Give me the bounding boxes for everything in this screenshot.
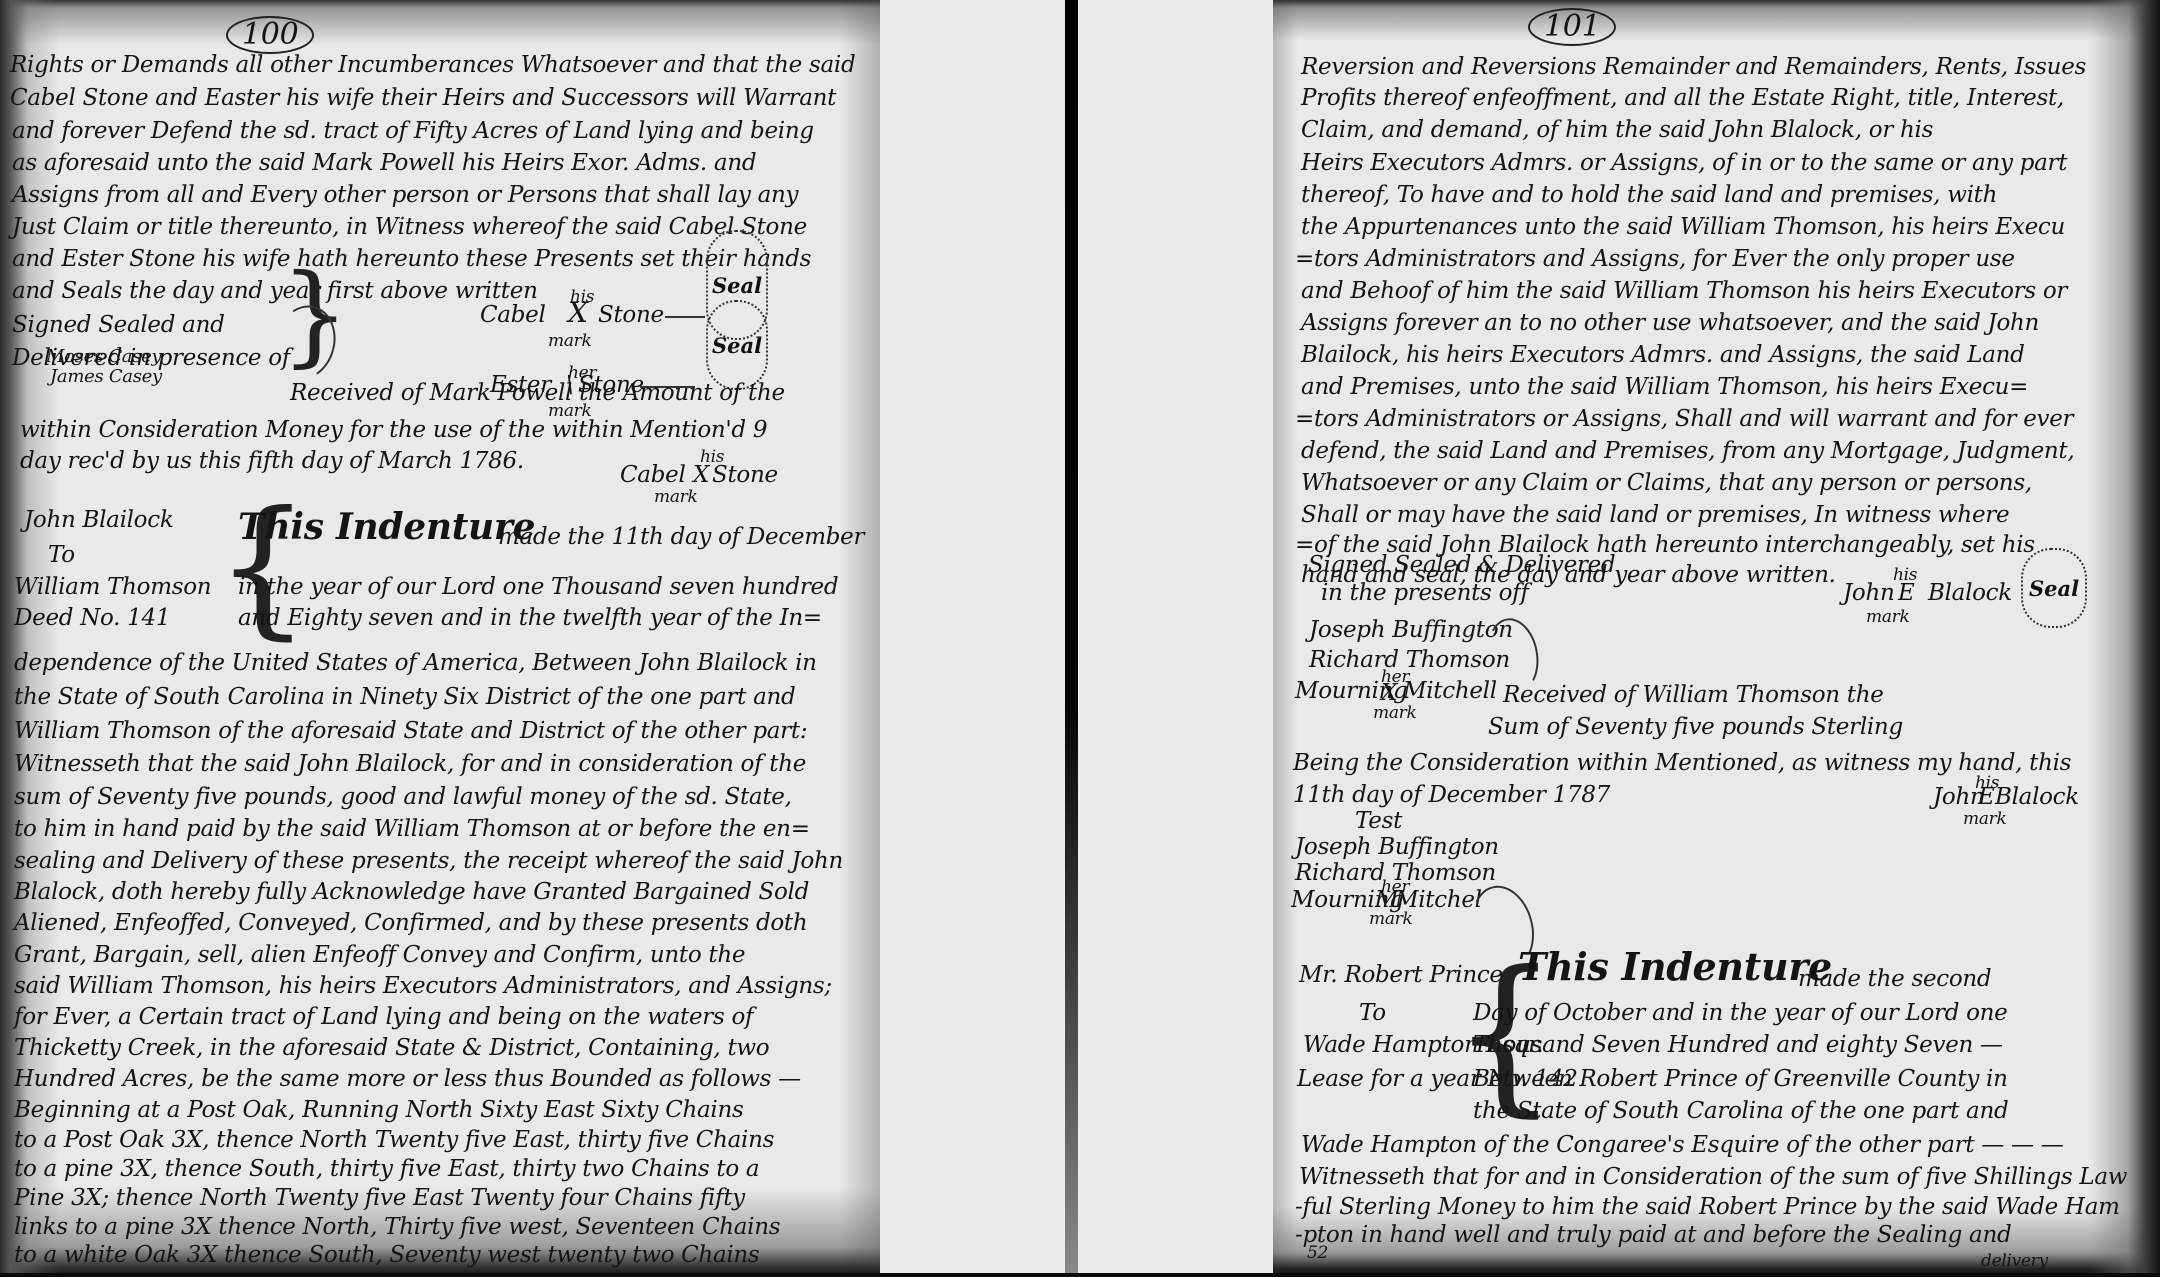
text-line: =tors Administrators and Assigns, for Ev… (1295, 244, 2015, 274)
text-line: the State of South Carolina of the one p… (1473, 1096, 2008, 1126)
seal: Seal (2021, 548, 2087, 628)
text-line: and Seals the day and year first above w… (12, 276, 538, 306)
text-line: as aforesaid unto the said Mark Powell h… (12, 148, 756, 178)
text-line: Assigns forever an to no other use whats… (1301, 308, 2039, 338)
text-line: the State of South Carolina in Ninety Si… (14, 682, 795, 712)
signatory-first-name: Cabel (480, 300, 546, 330)
text-line: made the second (1798, 964, 1991, 994)
text-line: Wade Hampton of the Congaree's Esquire o… (1301, 1130, 2063, 1160)
text-line: made the 11th day of December (498, 522, 864, 552)
signed-label: in the presents off (1321, 578, 1529, 608)
text-line: Thousand Seven Hundred and eighty Seven … (1473, 1030, 2003, 1060)
witness-name: James Casey (50, 362, 162, 392)
text-line: Aliened, Enfeoffed, Conveyed, Confirmed,… (14, 908, 807, 938)
indenture-heading: This Indenture (238, 512, 535, 542)
blank-gutter (1078, 0, 1273, 1277)
text-line: Received of William Thomson the (1503, 680, 1884, 710)
catchword: delivery (1981, 1246, 2048, 1276)
signature-mark: X (568, 298, 588, 328)
right-page: 101 Reversion and Reversions Remainder a… (1273, 0, 2160, 1277)
signatory-last-name: Blalock (1928, 578, 2012, 608)
text-line: to a white Oak 3X thence South, Seventy … (14, 1240, 759, 1270)
witness-name: Joseph Buffington (1309, 615, 1513, 645)
to-label: To (48, 540, 75, 570)
text-line: Whatsoever or any Claim or Claims, that … (1301, 468, 2032, 498)
text-line: Day of October and in the year of our Lo… (1473, 998, 2008, 1028)
witness-name: Richard Thomson (1309, 645, 1510, 675)
text-line: Profits thereof enfeoffment, and all the… (1301, 83, 2064, 113)
text-line: said William Thomson, his heirs Executor… (14, 971, 832, 1001)
text-line: Thicketty Creek, in the aforesaid State … (14, 1033, 769, 1063)
text-line: and Ester Stone his wife hath hereunto t… (12, 244, 811, 274)
text-line: Grant, Bargain, sell, alien Enfeoff Conv… (14, 940, 745, 970)
deed-number: Deed No. 141 (14, 603, 170, 633)
mark-label: mark (1866, 602, 1909, 632)
text-line: Witnesseth that for and in Consideration… (1299, 1162, 2127, 1192)
mark-label: mark (1369, 904, 1412, 934)
text-line: 11th day of December 1787 (1293, 780, 1610, 810)
text-line: Claim, and demand, of him the said John … (1301, 115, 1933, 145)
witness-last-name: Mitchell (1403, 676, 1497, 706)
signatory-last-name: Stone (598, 300, 664, 330)
text-line: Between Robert Prince of Greenville Coun… (1473, 1064, 2008, 1094)
text-line: and Premises, unto the said William Thom… (1301, 372, 2028, 402)
text-line: day rec'd by us this fifth day of March … (20, 446, 524, 476)
text-line: Witnesseth that the said John Blailock, … (14, 749, 806, 779)
text-line: Received of Mark Powell the Amount of th… (290, 378, 785, 408)
seal: Seal (706, 300, 768, 390)
mark-label: mark (654, 482, 697, 512)
page-number: 100 (226, 16, 314, 54)
to-label: To (1359, 998, 1386, 1028)
blank-gutter (880, 0, 1065, 1277)
text-line: sealing and Delivery of these presents, … (14, 846, 843, 876)
text-line: to a pine 3X, thence South, thirty five … (14, 1154, 759, 1184)
text-line: links to a pine 3X thence North, Thirty … (14, 1212, 780, 1242)
text-line: Assigns from all and Every other person … (12, 180, 798, 210)
text-line: Hundred Acres, be the same more or less … (14, 1064, 801, 1094)
text-line: for Ever, a Certain tract of Land lying … (14, 1002, 753, 1032)
text-line: Just Claim or title thereunto, in Witnes… (12, 212, 807, 242)
text-line: -pton in hand well and truly paid at and… (1295, 1220, 2011, 1250)
signature-line (665, 316, 705, 318)
text-line: =tors Administrators or Assigns, Shall a… (1295, 404, 2073, 434)
signed-label: Signed Sealed & Delivered (1308, 550, 1615, 580)
book-spine-divider (1065, 0, 1078, 1277)
text-line: to him in hand paid by the said William … (14, 814, 810, 844)
text-line: defend, the said Land and Premises, from… (1301, 436, 2074, 466)
scan-bottom-edge (0, 1273, 2160, 1277)
signed-label: Signed Sealed and (12, 310, 225, 340)
grantor-name: John Blailock (24, 505, 173, 535)
text-line: Cabel Stone and Easter his wife their He… (10, 83, 836, 113)
text-line: Blalock, doth hereby fully Acknowledge h… (14, 877, 809, 907)
text-line: and Eighty seven and in the twelfth year… (238, 603, 822, 633)
text-line: the Appurtenances unto the said William … (1301, 212, 2065, 242)
page-number: 101 (1528, 8, 1616, 46)
text-line: within Consideration Money for the use o… (20, 415, 767, 445)
signatory-last-name: Blalock (1995, 782, 2079, 812)
mark-label: mark (548, 326, 591, 356)
text-line: dependence of the United States of Ameri… (14, 648, 817, 678)
text-line: Being the Consideration within Mentioned… (1293, 748, 2071, 778)
text-line: -ful Sterling Money to him the said Robe… (1295, 1192, 2120, 1222)
text-line: William Thomson of the aforesaid State a… (14, 716, 807, 746)
text-line: sum of Seventy five pounds, good and law… (14, 782, 792, 812)
folio-mark: 52 (1307, 1238, 1328, 1268)
text-line: Heirs Executors Admrs. or Assigns, of in… (1301, 148, 2067, 178)
text-line: Rights or Demands all other Incumberance… (10, 50, 855, 80)
mark-label: mark (1963, 804, 2006, 834)
text-line: Beginning at a Post Oak, Running North S… (14, 1095, 744, 1125)
text-line: Sum of Seventy five pounds Sterling (1488, 712, 1903, 742)
text-line: to a Post Oak 3X, thence North Twenty fi… (14, 1125, 774, 1155)
text-line: Pine 3X; thence North Twenty five East T… (14, 1183, 745, 1213)
indenture-heading: This Indenture (1518, 952, 1832, 982)
text-line: Blailock, his heirs Executors Admrs. and… (1301, 340, 2025, 370)
text-line: and Behoof of him the said William Thoms… (1301, 276, 2067, 306)
mark-label: mark (1373, 698, 1416, 728)
text-line: thereof, To have and to hold the said la… (1301, 180, 1997, 210)
left-page: 100 Rights or Demands all other Incumber… (0, 0, 880, 1277)
text-line: in the year of our Lord one Thousand sev… (238, 572, 838, 602)
text-line: Shall or may have the said land or premi… (1301, 500, 2009, 530)
text-line: Reversion and Reversions Remainder and R… (1301, 52, 2086, 82)
signatory-last-name: Stone (712, 460, 778, 490)
grantee-name: William Thomson (14, 572, 211, 602)
text-line: and forever Defend the sd. tract of Fift… (12, 116, 814, 146)
